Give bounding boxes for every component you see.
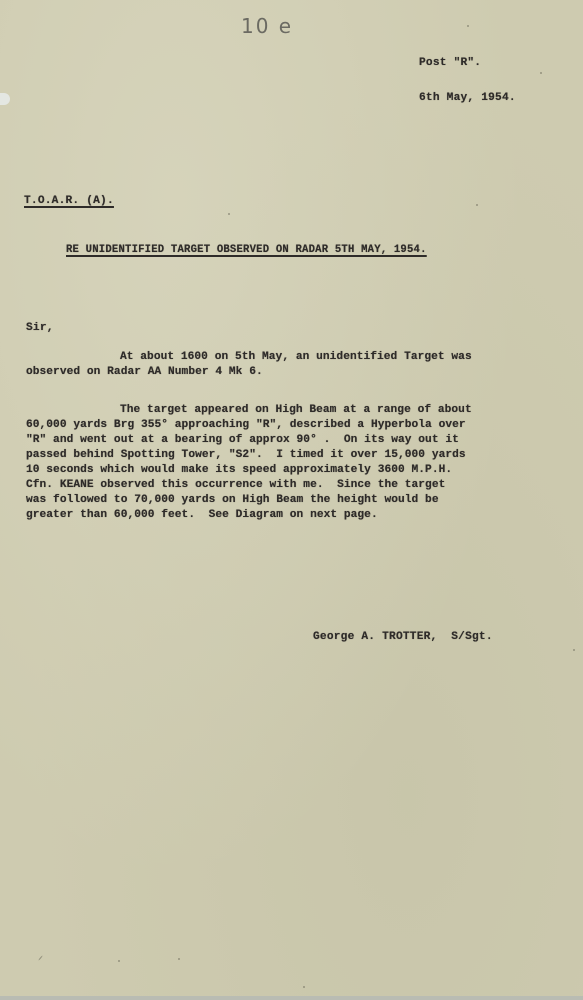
paper-speck (540, 72, 542, 74)
addressee: T.O.A.R. (A). (24, 194, 114, 209)
document-page: 10 e Post "R". 6th May, 1954. T.O.A.R. (… (0, 0, 583, 996)
paragraph-line: "R" and went out at a bearing of approx … (26, 433, 561, 448)
paper-speck (228, 213, 230, 215)
scan-glare (0, 93, 10, 105)
paragraph-line: Cfn. KEANE observed this occurrence with… (26, 478, 561, 493)
paragraph-line: The target appeared on High Beam at a ra… (26, 403, 561, 418)
paper-speck (178, 958, 180, 960)
letter-date: 6th May, 1954. (419, 91, 516, 106)
paragraph-line: was followed to 70,000 yards on High Bea… (26, 493, 561, 508)
paragraph-line: 60,000 yards Brg 355° approaching "R", d… (26, 418, 561, 433)
paper-speck (573, 649, 575, 651)
paper-speck (118, 960, 120, 962)
subject-line: RE UNIDENTIFIED TARGET OBSERVED ON RADAR… (66, 243, 427, 258)
salutation: Sir, (26, 321, 54, 336)
sender-location: Post "R". (419, 56, 481, 71)
signature-block: George A. TROTTER, S/Sgt. (313, 630, 493, 645)
handwritten-folio-mark: 10 e (241, 14, 293, 38)
paragraph-line: passed behind Spotting Tower, "S2". I ti… (26, 448, 561, 463)
paper-speck (38, 955, 43, 960)
paragraph-1: At about 1600 on 5th May, an unidentifie… (26, 350, 561, 380)
paragraph-line: observed on Radar AA Number 4 Mk 6. (26, 365, 561, 380)
page-bottom-edge (0, 996, 583, 1000)
paragraph-2: The target appeared on High Beam at a ra… (26, 403, 561, 523)
paragraph-line: At about 1600 on 5th May, an unidentifie… (26, 350, 561, 365)
paragraph-line: greater than 60,000 feet. See Diagram on… (26, 508, 561, 523)
paragraph-line: 10 seconds which would make its speed ap… (26, 463, 561, 478)
paper-speck (467, 25, 469, 27)
paper-speck (303, 986, 305, 988)
paper-speck (476, 204, 478, 206)
